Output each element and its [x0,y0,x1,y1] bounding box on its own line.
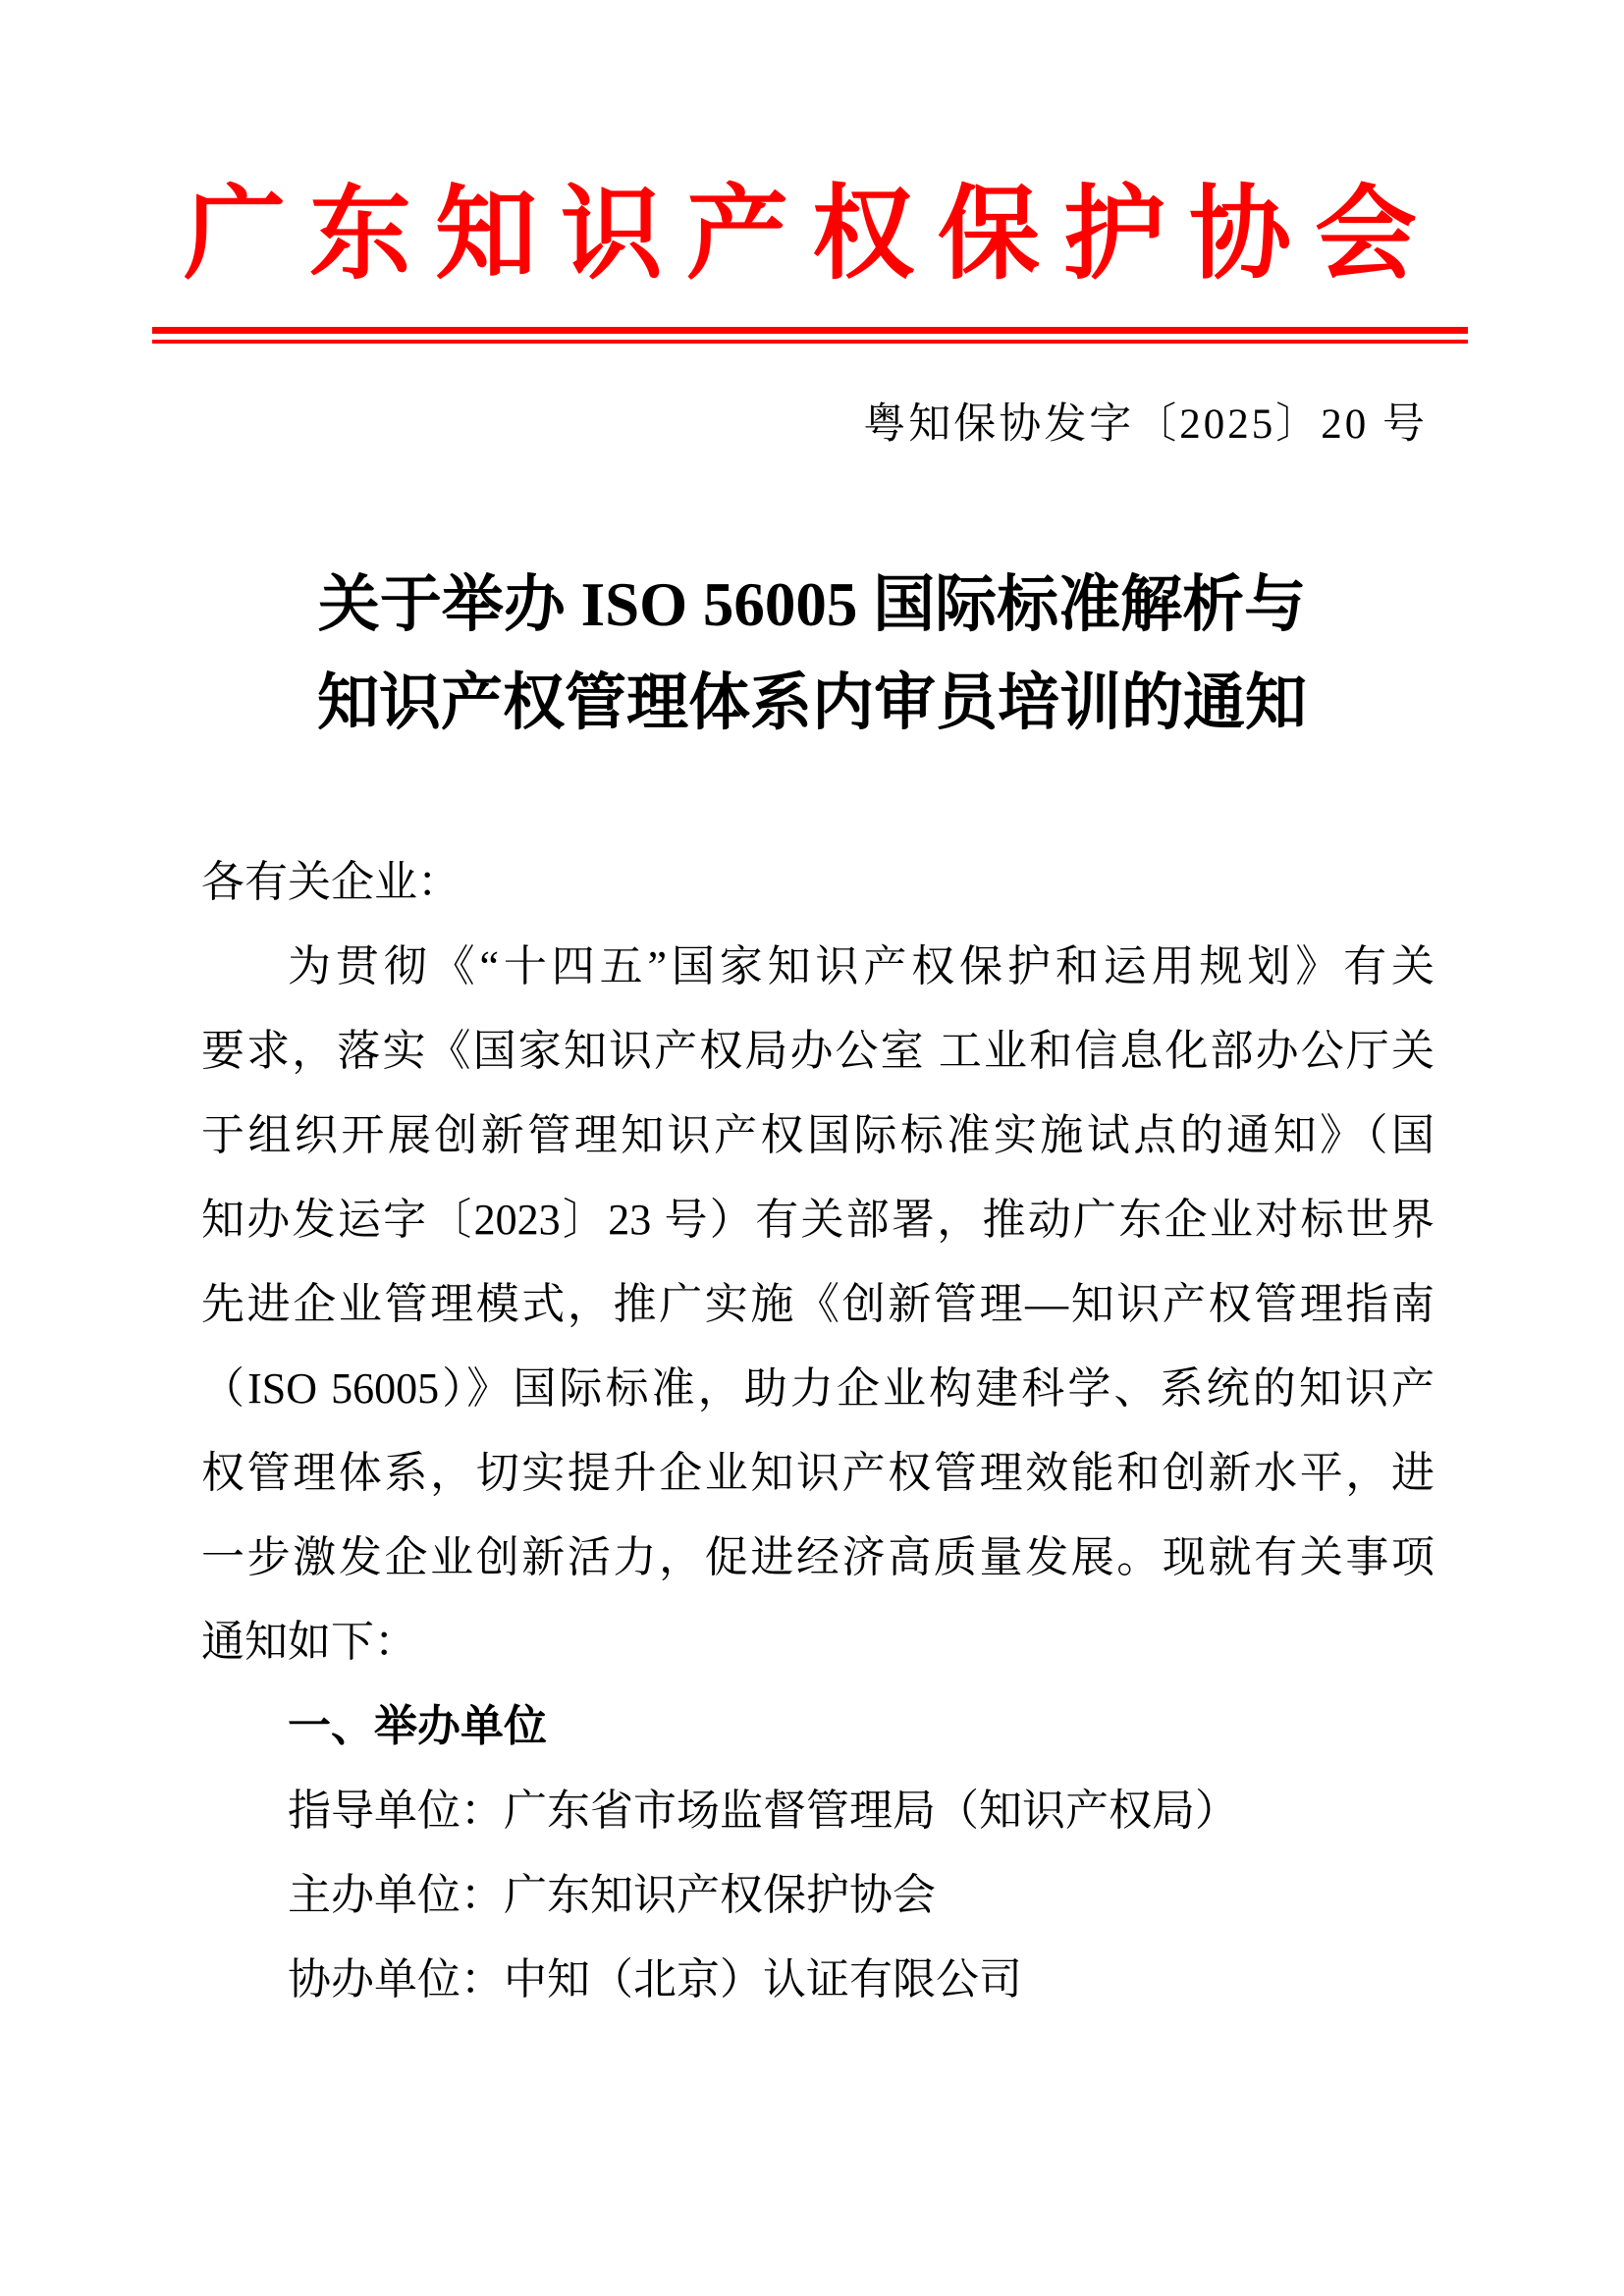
letterhead-rule-thick [152,327,1468,334]
organizer-line: 主办单位：广东知识产权保护协会 [201,1853,1435,1938]
paragraph-line: 权管理体系，切实提升企业知识产权管理效能和创新水平，进 [201,1431,1435,1516]
main-paragraph: 为贯彻《“十四五”国家知识产权保护和运用规划》有关要求，落实《国家知识产权局办公… [201,925,1435,1684]
paragraph-line: 要求，落实《国家知识产权局办公室 工业和信息化部办公厅关 [201,1009,1435,1094]
paragraph-line: 知办发运字〔2023〕23 号）有关部署，推动广东企业对标世界 [201,1178,1435,1262]
paragraph-line: （ISO 56005）》国际标准，助力企业构建科学、系统的知识产 [201,1347,1435,1431]
paragraph-line: 通知如下： [201,1600,1435,1684]
document-title-line2: 知识产权管理体系内审员培训的通知 [98,654,1526,752]
paragraph-line: 先进企业管理模式，推广实施《创新管理—知识产权管理指南 [201,1262,1435,1347]
document-title-line1: 关于举办 ISO 56005 国际标准解析与 [98,556,1526,654]
organizer-line: 协办单位：中知（北京）认证有限公司 [201,1938,1435,2022]
paragraph-line: 于组织开展创新管理知识产权国际标准实施试点的通知》（国 [201,1094,1435,1178]
salutation: 各有关企业： [201,840,1435,925]
letterhead-org-name: 广东知识产权保护协会 [118,177,1506,294]
organizer-list: 指导单位：广东省市场监督管理局（知识产权局）主办单位：广东知识产权保护协会协办单… [201,1769,1435,2022]
organizer-line: 指导单位：广东省市场监督管理局（知识产权局） [201,1769,1435,1853]
document-number: 粤知保协发字〔2025〕20 号 [863,391,1428,451]
document-body: 各有关企业： 为贯彻《“十四五”国家知识产权保护和运用规划》有关要求，落实《国家… [201,840,1435,2022]
notice-document-page: 广东知识产权保护协会 粤知保协发字〔2025〕20 号 关于举办 ISO 560… [0,0,1624,2296]
section-heading-organizers: 一、举办单位 [201,1684,1435,1769]
paragraph-line: 为贯彻《“十四五”国家知识产权保护和运用规划》有关 [201,925,1435,1009]
letterhead-rule-thin [152,340,1468,344]
document-title: 关于举办 ISO 56005 国际标准解析与 知识产权管理体系内审员培训的通知 [98,556,1526,752]
paragraph-line: 一步激发企业创新活力，促进经济高质量发展。现就有关事项 [201,1516,1435,1600]
